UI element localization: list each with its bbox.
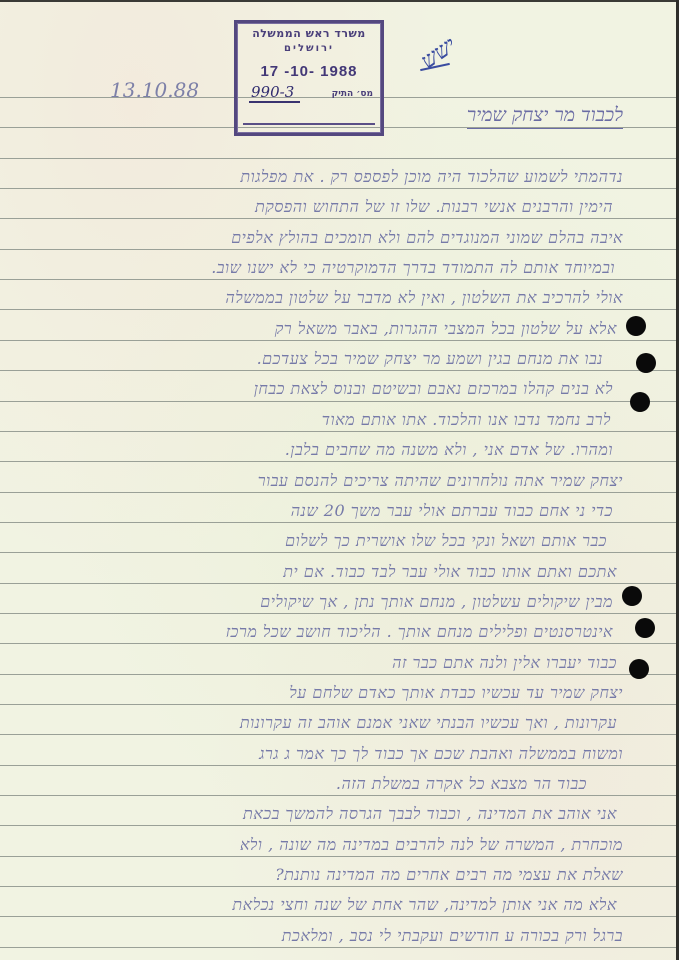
binder-hole — [630, 392, 650, 412]
letter-line: מוכחרת , המשרה של לנה להרבים במדינה מה ש… — [240, 835, 623, 855]
ruled-line — [0, 309, 676, 310]
letter-line: מבין שיקולים עשלטון , מנחם אותך נתן , אך… — [260, 592, 613, 612]
ruled-line — [0, 583, 676, 584]
ruled-line — [0, 886, 676, 887]
letter-line: נבו את מנחם בגין ושמע מר יצחק שמיר בכל צ… — [257, 349, 603, 369]
letter-line: אתכם ואתם אותו כבוד אולי עבר לבד כבוד. א… — [283, 562, 617, 582]
letter-line: ובמיוחד אותם לה התמודד בדרך הדמוקרטיה כי… — [211, 258, 615, 278]
ruled-line — [0, 916, 676, 917]
letter-line: ומשוח בממשלה ואהבת שכם אך כבוד לך כך אמר… — [259, 744, 623, 764]
letter-line: אינטרסנטים ופלילים מנחם אותך . הליכוד חו… — [226, 622, 613, 642]
handwritten-date: 13.10.88 — [110, 78, 199, 102]
letter-line: איבה בהלם שמוני המנוגדים להם ולא תומכים … — [231, 228, 623, 248]
ruled-line — [0, 158, 676, 159]
ruled-line — [0, 552, 676, 553]
ruled-line — [0, 340, 676, 341]
salutation: לכבוד מר יצחק שמיר — [467, 104, 623, 129]
letter-line: כדי ני אחם כבוד עברתם אולי עבר משך 20 שנ… — [291, 501, 613, 521]
letter-line: נדהמתי לשמוע שהלכוד היה מוכן לפספס רק . … — [240, 167, 623, 187]
ruled-line — [0, 492, 676, 493]
letter-line: כבוד הר מצבא כל אקרה במשלת הזה. — [336, 774, 587, 794]
letter-line: לא בנים קהלו במרכזם נאבם ובשיטם ובנוס לצ… — [254, 379, 613, 399]
ruled-line — [0, 643, 676, 644]
letter-paper: משרד ראש הממשלה ירושלים 17 -10- 1988 990… — [0, 0, 679, 960]
letter-line: אלא מה אני אותן למדינה, שהר אחת של שנה ו… — [232, 895, 617, 915]
letter-line: יצחק שמיר עד עכשיו כבדת אותך כאדם שלחם ע… — [289, 683, 623, 703]
ruled-line — [0, 795, 676, 796]
binder-hole — [622, 586, 642, 606]
ruled-line — [0, 704, 676, 705]
ruled-line — [0, 370, 676, 371]
binder-hole — [635, 618, 655, 638]
letter-line: אולי להרכיב את השלטון , ואין לא מדבר על … — [225, 288, 623, 308]
letter-line: כבר אותם ושאל ונקי בכל שלו אושרית כך לשל… — [285, 531, 607, 551]
received-stamp: משרד ראש הממשלה ירושלים 17 -10- 1988 990… — [234, 20, 384, 136]
ruled-line — [0, 734, 676, 735]
ruled-line — [0, 613, 676, 614]
ruled-line — [0, 765, 676, 766]
letter-line: לרב נחמד נדבו אנו והלכוד. אתו אותם מאוד — [322, 410, 611, 430]
binder-hole — [636, 353, 656, 373]
letter-line: אני אוהב את המדינה , וכבוד לבבך הגרסה לה… — [243, 804, 617, 824]
ruled-line — [0, 401, 676, 402]
letter-line: יצחק שמיר אתה נולחרונים שהיתה צריכים להנ… — [258, 471, 623, 491]
ruled-line — [0, 947, 676, 948]
letter-line: כבוד יעברו אלין ולנה אתם כבר זה — [392, 653, 617, 673]
stamp-date: 17 -10- 1988 — [237, 63, 381, 80]
ruled-line — [0, 856, 676, 857]
letter-line: שאלת את עצמי מה רבים אחרים מה המדינה נות… — [275, 865, 623, 885]
letter-line: עקרונות , ואך עכשיו הבנתי שאני אמנם אוהב… — [240, 713, 617, 733]
ruled-line — [0, 188, 676, 189]
stamp-office: משרד ראש הממשלה — [237, 27, 381, 40]
ruled-line — [0, 249, 676, 250]
stamp-divider — [243, 123, 375, 125]
stamp-file-label: מס׳ התיק — [332, 89, 373, 99]
binder-hole — [626, 316, 646, 336]
letter-line: אלא על שלטון בכל המצבי ההגרות, באבר משאל… — [275, 319, 617, 339]
ruled-line — [0, 674, 676, 675]
letter-line: הימין והרבנים אנשי רבנות. שלו זו של התחו… — [255, 197, 613, 217]
letter-line: ברגל ורק בכורה ע חודשים ועקבתי לי נסב , … — [282, 926, 623, 946]
ruled-line — [0, 279, 676, 280]
ruled-line — [0, 522, 676, 523]
ruled-line — [0, 825, 676, 826]
stamp-city: ירושלים — [237, 43, 381, 54]
ruled-line — [0, 218, 676, 219]
ruled-line — [0, 461, 676, 462]
paper-top-edge — [0, 0, 679, 2]
binder-hole — [629, 659, 649, 679]
letter-line: ומהרו. של אדם אני , ולא משנה מה שחבים בל… — [285, 440, 613, 460]
ruled-line — [0, 431, 676, 432]
stamp-file-number: 990-3 — [249, 83, 300, 103]
